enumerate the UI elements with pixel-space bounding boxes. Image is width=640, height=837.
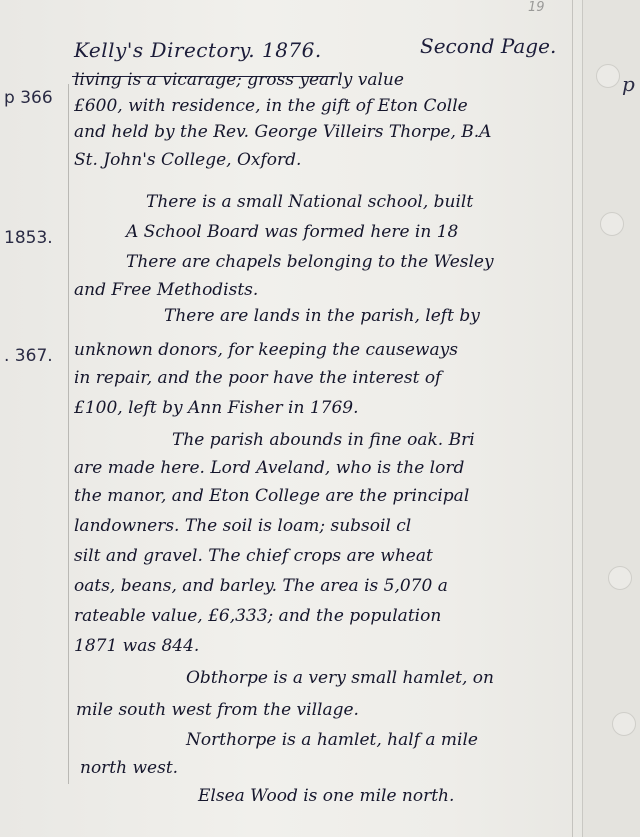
manuscript-line: Elsea Wood is one mile north.: [198, 786, 454, 806]
manuscript-line: landowners. The soil is loam; subsoil cl: [74, 516, 411, 536]
punch-hole-icon: [596, 64, 620, 88]
manuscript-line: A School Board was formed here in 18: [126, 222, 458, 242]
right-rule-line: [572, 0, 573, 837]
manuscript-line: the manor, and Eton College are the prin…: [74, 486, 469, 506]
manuscript-line: Obthorpe is a very small hamlet, on: [186, 668, 494, 688]
punch-hole-icon: [608, 566, 632, 590]
manuscript-line: Northorpe is a hamlet, half a mile: [186, 730, 478, 750]
manuscript-line: and held by the Rev. George Villeirs Tho…: [74, 122, 491, 142]
manuscript-line: north west.: [80, 758, 178, 778]
manuscript-line: There is a small National school, built: [146, 192, 473, 212]
margin-rule-line: [68, 84, 69, 784]
right-margin-note: p: [622, 72, 635, 96]
margin-reference: 1853.: [4, 228, 53, 248]
manuscript-line: are made here. Lord Aveland, who is the …: [74, 458, 464, 478]
manuscript-line: St. John's College, Oxford.: [74, 150, 301, 170]
manuscript-page: 19 Kelly's Directory. 1876. Second Page.…: [0, 0, 640, 837]
manuscript-line: silt and gravel. The chief crops are whe…: [74, 546, 433, 566]
manuscript-line: rateable value, £6,333; and the populati…: [74, 606, 441, 626]
punch-hole-icon: [600, 212, 624, 236]
manuscript-line: unknown donors, for keeping the causeway…: [74, 340, 458, 360]
manuscript-line: oats, beans, and barley. The area is 5,0…: [74, 576, 448, 596]
page-number: 19: [528, 0, 545, 15]
manuscript-line: The parish abounds in fine oak. Bri: [172, 430, 475, 450]
adjacent-sheet-edge: [582, 0, 640, 837]
margin-reference: . 367.: [4, 346, 53, 366]
manuscript-line: and Free Methodists.: [74, 280, 258, 300]
manuscript-line: mile south west from the village.: [76, 700, 359, 720]
manuscript-line: £600, with residence, in the gift of Eto…: [74, 96, 468, 116]
manuscript-line: living is a vicarage; gross yearly value: [74, 70, 404, 90]
manuscript-line: 1871 was 844.: [74, 636, 199, 656]
manuscript-line: £100, left by Ann Fisher in 1769.: [74, 398, 359, 418]
page-subtitle: Second Page.: [420, 34, 556, 58]
punch-hole-icon: [612, 712, 636, 736]
document-title: Kelly's Directory. 1876.: [74, 38, 322, 62]
manuscript-line: in repair, and the poor have the interes…: [74, 368, 441, 388]
manuscript-line: There are chapels belonging to the Wesle…: [126, 252, 494, 272]
margin-reference: p 366: [4, 88, 53, 108]
manuscript-line: There are lands in the parish, left by: [164, 306, 480, 326]
